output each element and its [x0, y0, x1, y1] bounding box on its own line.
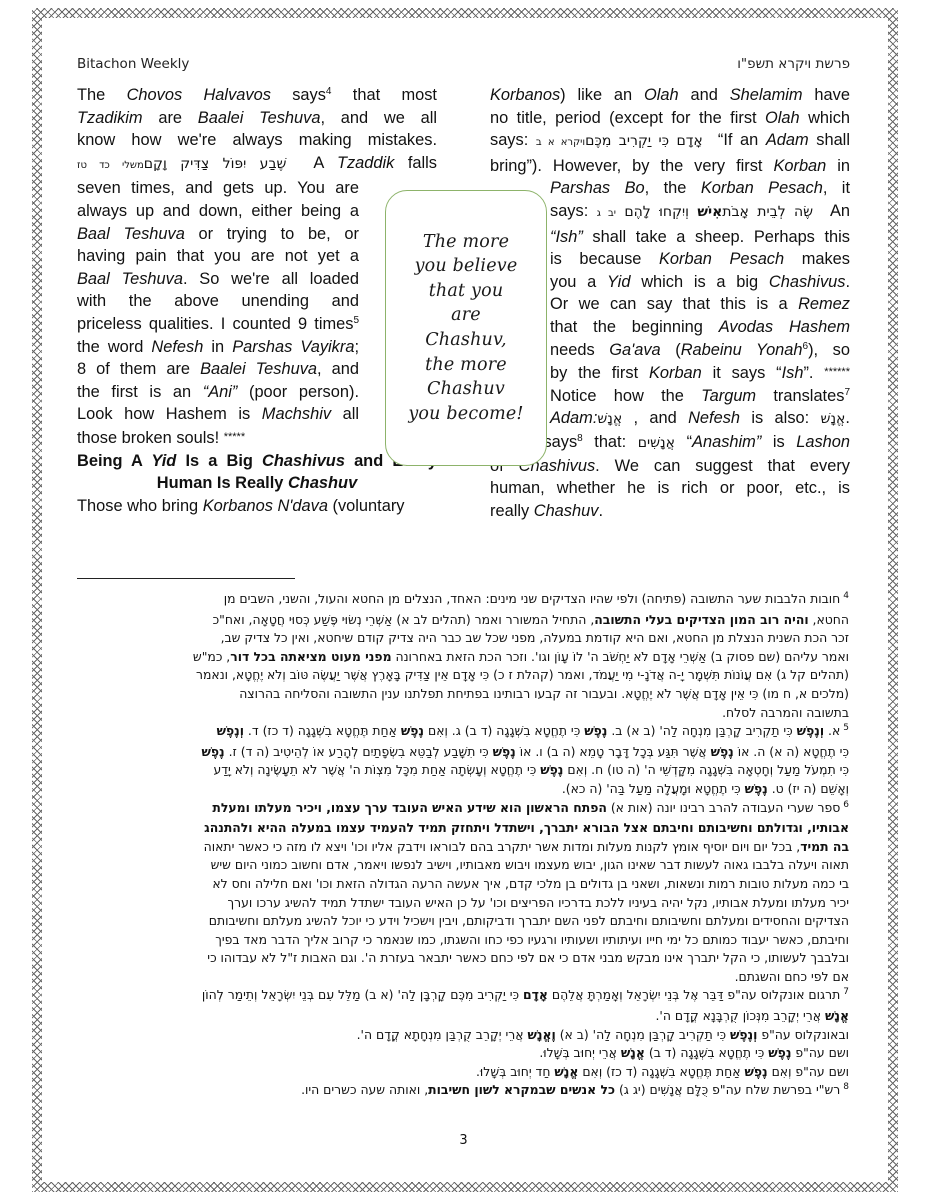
pull-quote-box: The more you believe that you are Chashu… — [385, 190, 547, 466]
italic-term: Nefesh — [151, 338, 203, 356]
page-header: Bitachon Weekly פרשת ויקרא תשפ"ו — [77, 56, 850, 76]
text-run: falls — [394, 154, 437, 172]
text-line: Those who bring Korbanos N'dava (volunta… — [77, 495, 437, 518]
text-run: really — [490, 502, 534, 520]
text-run: וחיבתם, כאשר יעבוד כמותם כל ימי חייו ועי… — [215, 932, 849, 947]
text-run: ספר שערי העבודה להרב רבינו יונה (אות א) — [607, 800, 840, 815]
footnote-5: 5א. וְנֶפֶשׁ כִּי תַקְרִיב קָרְבַּן מִנְ… — [77, 722, 849, 798]
text-run: (מלכים א, ח מו) כִּי אֵין אָדָם אֲשֶׁר ל… — [239, 686, 849, 701]
text-run: אֲרֵי יְקָרֵב מִנְּכוֹן קֻרְבָּנָא קֳדָם… — [655, 1008, 825, 1023]
hebrew-quote: שֶׁבַע יִפּוֹל צַדִּיק וָקָם — [144, 156, 300, 172]
italic-term: Olah — [765, 109, 800, 127]
text-line: Adam: אֱנָשׁ, and Nefesh is also: אֱנָשׁ… — [550, 407, 850, 431]
footnote-6: 6ספר שערי העבודה להרב רבינו יונה (אות א)… — [77, 799, 849, 987]
italic-term: Korban Pesach — [701, 179, 823, 197]
footnote-line: הצדיקים והחסידים ומעלתם וחשיבותם וחיבתם … — [77, 912, 849, 931]
footnote-line: (מלכים א, ח מו) כִּי אֵין אָדָם אֲשֶׁר ל… — [77, 685, 849, 704]
text-run: that: — [583, 433, 638, 451]
italic-term: Korban — [773, 157, 826, 175]
footnote-number: 8 — [843, 1082, 849, 1092]
italic-term: Korbanos N'dava — [203, 497, 328, 515]
parsha-title: פרשת ויקרא תשפ"ו — [737, 56, 850, 72]
quote-line: Chashuv — [408, 377, 523, 402]
text-run: , התחיל המשורר ואמר (תהלים לב א) אַשְׁרֵ… — [213, 612, 595, 627]
italic-term: “Ish” — [550, 228, 583, 246]
text-run: חַד יְחוּב בְּשָׁלוּ. — [476, 1064, 554, 1079]
text-run: seven times, and gets up. You are — [77, 179, 359, 197]
bold-text: אֱנָשׁ — [554, 1064, 578, 1079]
text-run: having pain that you are not yet a — [77, 247, 359, 265]
text-line: Korbanos) like an Olah and Shelamim have — [490, 84, 850, 107]
italic-term: Ish — [782, 364, 804, 382]
text-run: or trying to be, or — [185, 225, 359, 243]
hebrew-quote: אָדָם כִּי יַקְרִיב מִכֶּם — [585, 133, 710, 149]
text-run: needs — [550, 341, 609, 359]
bold-text: וְנֶפֶשׁ — [217, 723, 244, 738]
text-line: משלי כד טז שֶׁבַע יִפּוֹל צַדִּיק וָקָם … — [77, 152, 437, 178]
bold-text: מפני מעוט מציאתה בכל דור — [230, 649, 391, 664]
italic-term: Targum — [701, 387, 756, 405]
footnote-ref: 8 — [577, 433, 583, 444]
text-run: is also: — [740, 409, 821, 427]
italic-term: Baalei Teshuva — [200, 360, 317, 378]
bold-text: נֶפֶשׁ — [493, 744, 516, 759]
text-run: it says “ — [702, 364, 782, 382]
bold-text: והיה רוב המון הצדיקים בעלי התשובה — [594, 612, 808, 627]
text-run: the first is an — [77, 383, 203, 401]
bold-text: כל אנשים שבמקרא לשון חשיבות — [428, 1082, 615, 1097]
text-run: with the above unending and — [77, 292, 359, 310]
text-run: makes — [784, 250, 850, 268]
text-line: by the first Korban it says “Ish”. *****… — [550, 361, 850, 385]
italic-term: Baal Teshuva — [77, 225, 185, 243]
italic-term: Machshiv — [262, 405, 331, 423]
text-run: by the first — [550, 364, 649, 382]
text-run: . — [598, 502, 603, 520]
text-run: shall take a sheep. Perhaps this — [583, 228, 850, 246]
footnote-ref: 7 — [844, 387, 850, 398]
text-run: The — [77, 86, 127, 104]
italic-term: Lashon — [796, 433, 850, 451]
text-run: (poor person). — [237, 383, 359, 401]
text-run: ) like an — [560, 86, 644, 104]
text-run: says — [271, 86, 326, 104]
bold-italic-term: Chashivus — [262, 452, 345, 470]
text-line: those broken souls! ***** — [77, 426, 437, 450]
italic-term: Baal Teshuva — [77, 270, 183, 288]
footnote-ref: 4 — [326, 86, 332, 97]
text-run: כִּי תֶחֱטָא (ה א) ה. אוֹ — [734, 744, 849, 759]
text-run: בי כמה מעלות טובות רמות ונשאות, ושאני בן… — [212, 876, 849, 891]
text-run: אֲרֵי יְקָרֵב קֻרְבַּן מִנְחָתָא קֳדָם ה… — [357, 1027, 528, 1042]
page-number: 3 — [0, 1133, 927, 1148]
footnote-line: וחיבתם, כאשר יעבוד כמותם כל ימי חייו ועי… — [77, 931, 849, 950]
footnote-line: אֱנָשׁ אֲרֵי יְקָרֵב מִנְּכוֹן קֻרְבָּנָ… — [77, 1007, 849, 1026]
footnote-line: בה תמיד, בכל יום ויום יוסיף אומץ לקנות מ… — [77, 838, 849, 857]
italic-term: Tzadikim — [77, 109, 143, 127]
text-line: Tzadikim are Baalei Teshuva, and we all — [77, 107, 437, 130]
text-run: ובאונקלוס עה"פ — [757, 1027, 849, 1042]
text-line: Notice how the Targum translates7 — [550, 385, 850, 408]
text-run: no title, period (except for the first — [490, 109, 765, 127]
text-run: Those who bring — [77, 497, 203, 515]
text-run: . So we're all loaded — [183, 270, 359, 288]
text-run: have — [803, 86, 850, 104]
footnote-number: 4 — [843, 591, 849, 601]
hebrew-quote: אֱנָשׁ — [821, 411, 846, 427]
italic-term: Chashivus — [769, 273, 846, 291]
text-line: human, whether he is rich or poor, etc.,… — [490, 477, 850, 500]
text-run: חובות הלבבות שער התשובה (פתיחה) ולפי שהי… — [224, 591, 841, 606]
text-run: says: — [490, 131, 536, 149]
text-line: Parshas Bo, the Korban Pesach, it — [550, 177, 850, 200]
bold-text: Is a Big — [176, 452, 262, 470]
pull-quote-text: The more you believe that you are Chashu… — [408, 230, 523, 427]
footnote-line: ואמר עליהם (שם פסוק ב) אַשְׁרֵי אָדָם לֹ… — [77, 648, 849, 667]
text-run: אֲרֵי יְחוּב בְּשָׁלוּ. — [539, 1045, 621, 1060]
text-line: seven times, and gets up. You are — [77, 177, 359, 200]
footnote-line: וְאָשֵׁם (ה יז) ט. נֶפֶשׁ כִּי תֶחֱטָא ו… — [77, 780, 849, 799]
bold-text: נֶפֶשׁ — [401, 723, 424, 738]
text-run: (voluntary — [328, 497, 405, 515]
text-run: כִּי תֶחֱטָא בִשְׁגָגָה (ד ב) — [645, 1045, 768, 1060]
text-run: , it — [823, 179, 850, 197]
text-line: no title, period (except for the first O… — [490, 107, 850, 130]
text-line: Look how Hashem is Machshiv all — [77, 403, 359, 426]
text-run: יכיר מעלתו ומעלת אבותיו, נקל יהיה בעיניו… — [228, 895, 849, 910]
text-run: “If an — [710, 131, 766, 149]
text-run: תאוה ויעלה בלבבו גאוה לעשות דבר שאינו הג… — [211, 857, 849, 872]
footnote-line: 5א. וְנֶפֶשׁ כִּי תַקְרִיב קָרְבַּן מִנְ… — [77, 722, 849, 743]
text-run: הצדיקים והחסידים ומעלתם וחשיבותם וחיבתם … — [209, 913, 849, 928]
text-run: you a — [550, 273, 607, 291]
footnote-line: (תהלים קל ג) אִם עֲוֹנוֹת תִּשְׁמָר יָ-ה… — [77, 666, 849, 685]
italic-term: Olah — [644, 86, 679, 104]
text-run: Or we can say that this is a — [550, 295, 798, 313]
footnote-number: 7 — [843, 987, 849, 997]
bold-italic-term: Yid — [151, 452, 176, 470]
italic-term: Chashuv — [534, 502, 599, 520]
text-run: is because — [550, 250, 659, 268]
left-column: The Chovos Halvavos says4 that mostTzadi… — [77, 84, 437, 517]
bold-text: אֱנָשׁ — [621, 1045, 645, 1060]
text-run: says: — [550, 202, 597, 220]
text-run: Look how Hashem is — [77, 405, 262, 423]
text-run: those broken souls! — [77, 429, 224, 447]
footnote-line: כִּי תִמְעֹל מַעַל וְחָטְאָה בִּשְׁגָגָה… — [77, 761, 849, 780]
quote-line: The more — [408, 230, 523, 255]
footnote-ref: 5 — [353, 315, 359, 326]
footnote-line: ושם עה"פ וְאִם נֶפֶשׁ אַחַת תֶּחֱטָא בִש… — [77, 1063, 849, 1082]
text-run: A — [300, 154, 337, 172]
italic-term: Korbanos — [490, 86, 560, 104]
footnote-line: תאוה ויעלה בלבבו גאוה לעשות דבר שאינו הג… — [77, 856, 849, 875]
footnote-line: ובלבבך לעשותו, כי הקל יתברך אינו מבקש מב… — [77, 949, 849, 968]
footnotes-section: 4חובות הלבבות שער התשובה (פתיחה) ולפי שה… — [77, 590, 849, 1102]
italic-term: Remez — [798, 295, 850, 313]
text-run: bring”). However, by the very first — [490, 157, 773, 175]
italic-term: Korban — [649, 364, 702, 382]
footnote-line: זכר הכת השנית הנצלת מן החטא, ואם היא קוד… — [77, 629, 849, 648]
footnote-line: 7תרגום אונקלוס עה"פ דַּבֵּר אֶל בְּנֵי י… — [77, 986, 849, 1007]
bold-text: אָדָם — [523, 987, 548, 1002]
italic-term: Adam: — [550, 409, 597, 427]
bold-italic-term: Chashuv — [288, 474, 357, 492]
text-run: priceless qualities. I counted 9 times — [77, 315, 353, 333]
text-line: always up and down, either being a — [77, 200, 359, 223]
text-run: which is a big — [630, 273, 768, 291]
italic-term: “Ani” — [203, 383, 238, 401]
footnote-line: בתשובה והמרבה לסלח. — [77, 704, 849, 723]
text-run: רש"י בפרשת שלח עה"פ כֻּלָּם אֲנָשִׁים (י… — [615, 1082, 840, 1097]
footnote-separator — [77, 578, 295, 579]
italic-term: Ga'ava — [609, 341, 660, 359]
text-run: ( — [661, 341, 681, 359]
text-run: אֲשֶׁר תִּגַּע בְּכָל דָּבָר טָמֵא (ה ב)… — [516, 744, 711, 759]
section-stars: ****** — [824, 366, 850, 378]
quote-line: that you — [408, 279, 523, 304]
text-line: priceless qualities. I counted 9 times5 — [77, 313, 359, 336]
text-run: (תהלים קל ג) אִם עֲוֹנוֹת תִּשְׁמָר יָ-ה… — [196, 667, 849, 682]
text-run: in — [203, 338, 232, 356]
italic-term: Chovos Halvavos — [127, 86, 271, 104]
italic-term: Avodas Hashem — [719, 318, 850, 336]
text-run: כִּי תֶחֱטָא וְעָשְׂתָה אַחַת מִכָּל מִצ… — [214, 762, 541, 777]
text-run: , ואותה שעה כשרים היו. — [301, 1082, 428, 1097]
text-run: ושם עה"פ — [791, 1045, 849, 1060]
text-run: תרגום אונקלוס עה"פ דַּבֵּר אֶל בְּנֵי יִ… — [548, 987, 840, 1002]
bold-text: אֱנָשׁ — [825, 1008, 849, 1023]
italic-term: Adam — [766, 131, 809, 149]
text-run: “ — [675, 433, 692, 451]
text-run: ואמר עליהם (שם פסוק ב) אַשְׁרֵי אָדָם לֹ… — [392, 649, 849, 664]
text-run: החטא, — [809, 612, 849, 627]
text-run: all — [331, 405, 359, 423]
bold-text: נֶפֶשׁ — [745, 781, 768, 796]
text-run: that the beginning — [550, 318, 719, 336]
bold-text: Human Is Really — [157, 474, 288, 492]
quote-line: you become! — [408, 402, 523, 427]
italic-term: Parshas Bo — [550, 179, 645, 197]
text-line: 8 of them are Baalei Teshuva, and — [77, 358, 359, 381]
footnote-line: 4חובות הלבבות שער התשובה (פתיחה) ולפי שה… — [77, 590, 849, 611]
footnote-line: 8רש"י בפרשת שלח עה"פ כֻּלָּם אֲנָשִׁים (… — [77, 1081, 849, 1102]
hebrew-quote: אֱנָשׁ — [597, 411, 633, 427]
text-run: the word — [77, 338, 151, 356]
footnote-line: אבותיו, וגדולתם וחשיבותם וחיבתם אצל הבור… — [77, 819, 849, 838]
quote-line: are — [408, 303, 523, 328]
text-run: know how we're always making mistakes. — [77, 131, 437, 149]
bold-text: נֶפֶשׁ — [768, 1045, 791, 1060]
text-line: bring”). However, by the very first Korb… — [490, 155, 850, 178]
text-line: needs Ga'ava (Rabeinu Yonah6), so — [550, 339, 850, 362]
footnote-ref: 6 — [803, 341, 809, 352]
italic-term: Baalei Teshuva — [198, 109, 321, 127]
italic-term: Parshas Vayikra — [232, 338, 354, 356]
text-run: shall — [809, 131, 850, 149]
text-run: . We can suggest that every — [595, 457, 850, 475]
newsletter-title: Bitachon Weekly — [77, 56, 189, 72]
text-line: is because Korban Pesach makes — [550, 248, 850, 271]
text-run: human, whether he is rich or poor, etc.,… — [490, 479, 850, 497]
text-run: זכר הכת השנית הנצלת מן החטא, ואם היא קוד… — [221, 630, 849, 645]
text-line: says: יב ג וְיִקְחוּ לָהֶם אִישׁ שֶׂה לְ… — [550, 200, 850, 226]
text-run: ; — [354, 338, 359, 356]
text-run: כִּי תַקְרִיב קָרְבַּן מִנְחָה לַה' (ב א… — [607, 723, 796, 738]
text-run: כִּי תַקְרִיב קָרְבַּן מִנְחָה לַה' (ב א… — [556, 1027, 730, 1042]
italic-term: Korban Pesach — [659, 250, 784, 268]
text-run: וְאָשֵׁם (ה יז) ט. — [768, 781, 849, 796]
italic-term: Yid — [607, 273, 630, 291]
bold-text: נֶפֶשׁ — [584, 723, 607, 738]
bold-text: נֶפֶשׁ — [711, 744, 734, 759]
text-run: ובלבבך לעשותו, כי הקל יתברך אינו מבקש מב… — [207, 950, 849, 965]
text-run: Notice how the — [550, 387, 701, 405]
quote-line: Chashuv, — [408, 328, 523, 353]
hebrew-quote: אֲנָשִׁים — [638, 435, 675, 451]
text-line: Or we can say that this is a Remez — [550, 293, 850, 316]
text-run: כִּי יַקְרִיב מִכֶּם קָרְבָּן לַה' (א ב)… — [202, 987, 523, 1002]
text-run: , the — [645, 179, 701, 197]
text-run: in — [826, 157, 850, 175]
text-line: of Chashivus. We can suggest that every — [490, 455, 850, 478]
text-line: the word Nefesh in Parshas Vayikra; — [77, 336, 359, 359]
hebrew-source-ref: ויקרא א ב — [536, 137, 585, 148]
italic-term: Tzaddik — [337, 154, 394, 172]
hebrew-quote: וְיִקְחוּ לָהֶם — [616, 204, 697, 220]
text-run: is — [761, 433, 796, 451]
text-run: ), so — [808, 341, 850, 359]
text-run: א. — [824, 723, 840, 738]
section-heading: Being A Yid Is a Big Chashivus and Every — [77, 450, 437, 473]
text-run: ”. — [803, 364, 824, 382]
footnote-line: 6ספר שערי העבודה להרב רבינו יונה (אות א)… — [77, 799, 849, 820]
text-line: The Chovos Halvavos says4 that most — [77, 84, 437, 107]
footnote-8: 8רש"י בפרשת שלח עה"פ כֻּלָּם אֲנָשִׁים (… — [77, 1081, 849, 1102]
text-run: are — [143, 109, 198, 127]
bold-text: בה תמיד — [800, 839, 849, 854]
text-run: ושם עה"פ וְאִם — [768, 1064, 849, 1079]
hebrew-quote-bold: אִישׁ — [697, 204, 722, 220]
text-line: Baal Teshuva. So we're all loaded — [77, 268, 359, 291]
bold-text: נֶפֶשׁ — [201, 744, 224, 759]
hebrew-quote: שֶׂה לְבֵית אָבֹת — [722, 204, 821, 220]
text-run: אַחַת תֶּחֱטָא בִשְׁגָגָה (ד כז) ד. — [244, 723, 401, 738]
hebrew-source-ref: משלי כד טז — [77, 160, 144, 171]
text-run: always up and down, either being a — [77, 202, 359, 220]
footnote-number: 5 — [843, 723, 849, 733]
footnote-4: 4חובות הלבבות שער התשובה (פתיחה) ולפי שה… — [77, 590, 849, 722]
bold-text: וְנֶפֶשׁ — [730, 1027, 757, 1042]
text-line: Baal Teshuva or trying to be, or — [77, 223, 359, 246]
bold-text: נֶפֶשׁ — [540, 762, 563, 777]
bold-text: Being A — [77, 452, 151, 470]
text-run: בתשובה והמרבה לסלח. — [722, 705, 849, 720]
footnote-line: בי כמה מעלות טובות רמות ונשאות, ושאני בן… — [77, 875, 849, 894]
italic-term: Shelamim — [730, 86, 803, 104]
footnote-line: ושם עה"פ נֶפֶשׁ כִּי תֶחֱטָא בִשְׁגָגָה … — [77, 1044, 849, 1063]
text-run: , and — [317, 360, 359, 378]
text-run: . — [845, 409, 850, 427]
text-run: that most — [331, 86, 437, 104]
quote-line: you believe — [408, 254, 523, 279]
footnote-line: אם לפי כחם והשגתם. — [77, 968, 849, 987]
text-run: which — [800, 109, 850, 127]
bold-text: אבותיו, וגדולתם וחשיבותם וחיבתם אצל הבור… — [204, 820, 849, 835]
text-line: the first is an “Ani” (poor person). — [77, 381, 359, 404]
text-run: כִּי תִשָּׁבַע לְבַטֵּא בִשְׂפָתַיִם לְה… — [225, 744, 493, 759]
italic-term: Rabeinu Yonah — [681, 341, 803, 359]
text-line: says: ויקרא א ב אָדָם כִּי יַקְרִיב מִכֶ… — [490, 129, 850, 155]
text-line: having pain that you are not yet a — [77, 245, 359, 268]
bold-text: נֶפֶשׁ — [744, 1064, 767, 1079]
text-run: כִּי תִמְעֹל מַעַל וְחָטְאָה בִּשְׁגָגָה… — [563, 762, 849, 777]
text-line: “Ish” shall take a sheep. Perhaps this — [550, 226, 850, 249]
hebrew-source-ref: יב ג — [597, 208, 616, 219]
text-line: that the beginning Avodas Hashem — [550, 316, 850, 339]
footnote-number: 6 — [843, 800, 849, 810]
text-run: translates — [756, 387, 844, 405]
section-stars: ***** — [224, 431, 245, 443]
footnote-line: כִּי תֶחֱטָא (ה א) ה. אוֹ נֶפֶשׁ אֲשֶׁר … — [77, 743, 849, 762]
footnote-line: ובאונקלוס עה"פ וְנֶפֶשׁ כִּי תַקְרִיב קָ… — [77, 1026, 849, 1045]
text-run: 8 of them are — [77, 360, 200, 378]
bold-text: וְנֶפֶשׁ — [797, 723, 824, 738]
footnote-line: החטא, והיה רוב המון הצדיקים בעלי התשובה,… — [77, 611, 849, 630]
italic-term: Anashim” — [692, 433, 761, 451]
quote-line: the more — [408, 353, 523, 378]
text-line: with the above unending and — [77, 290, 359, 313]
text-run: , בכל יום ויום יוסיף אומץ לקנות מעלות ומ… — [204, 839, 801, 854]
text-run: , and we all — [320, 109, 437, 127]
bold-text: וֶאֱנָשׁ — [527, 1027, 555, 1042]
footnote-line: יכיר מעלתו ומעלת אבותיו, נקל יהיה בעיניו… — [77, 894, 849, 913]
text-run: and — [679, 86, 730, 104]
text-run: כִּי תֶחֱטָא וּמָעֲלָה מַעַל בַּה' (ה כא… — [562, 781, 745, 796]
text-run: כִּי תֶחֱטָא בִשְׁגָגָה (ד ב) ג. וְאִם — [424, 723, 584, 738]
italic-term: Nefesh — [688, 409, 740, 427]
text-line: know how we're always making mistakes. — [77, 129, 437, 152]
bold-text: הפתח הראשון הוא שידע האיש העובד ערך עצמו… — [212, 800, 607, 815]
text-run: , כמ"ש — [193, 649, 230, 664]
text-run: אם לפי כחם והשגתם. — [735, 969, 849, 984]
text-line: really Chashuv. — [490, 500, 850, 523]
section-heading: Human Is Really Chashuv — [77, 472, 437, 495]
footnote-7: 7תרגום אונקלוס עה"פ דַּבֵּר אֶל בְּנֵי י… — [77, 986, 849, 1081]
text-run: אַחַת תֶּחֱטָא בִשְׁגָגָה (ד כז) וְאִם — [578, 1064, 744, 1079]
text-line: you a Yid which is a big Chashivus. — [550, 271, 850, 294]
text-run: , and — [634, 409, 689, 427]
text-run: An — [821, 202, 850, 220]
text-run: . — [845, 273, 850, 291]
